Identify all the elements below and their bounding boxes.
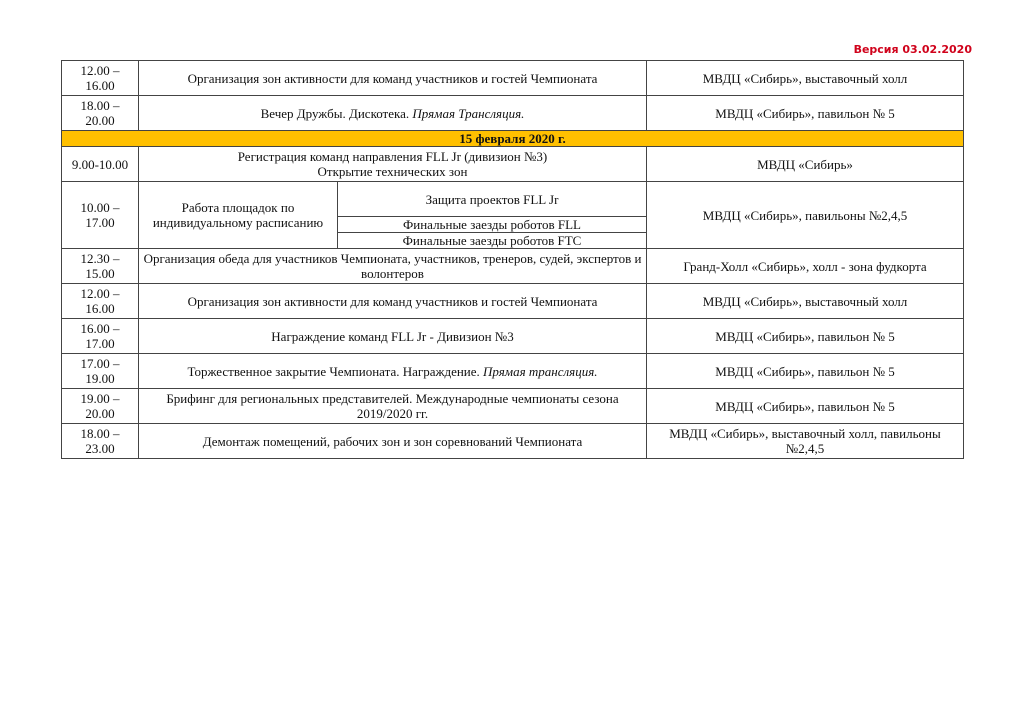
- event-cell: Награждение команд FLL Jr - Дивизион №3: [139, 319, 647, 354]
- event-line: Регистрация команд направления FLL Jr (д…: [143, 149, 642, 164]
- event-text: Вечер Дружбы. Дискотека.: [261, 106, 410, 121]
- time-cell: 9.00-10.00: [62, 147, 139, 182]
- table-row: 9.00-10.00 Регистрация команд направлени…: [62, 147, 964, 182]
- place-cell: МВДЦ «Сибирь», павильон № 5: [647, 319, 964, 354]
- table-row: 12.00 – 16.00 Организация зон активности…: [62, 61, 964, 96]
- venues-label: Работа площадок по индивидуальному распи…: [139, 182, 338, 249]
- place-cell: МВДЦ «Сибирь», павильоны №2,4,5: [647, 182, 964, 249]
- broadcast-note: Прямая Трансляция.: [412, 106, 524, 121]
- time-cell: 12.30 – 15.00: [62, 249, 139, 284]
- table-row: 17.00 – 19.00 Торжественное закрытие Чем…: [62, 354, 964, 389]
- time-cell: 16.00 – 17.00: [62, 319, 139, 354]
- place-cell: МВДЦ «Сибирь»: [647, 147, 964, 182]
- venue-item: Финальные заезды роботов FLL: [338, 217, 647, 233]
- place-cell: МВДЦ «Сибирь», выставочный холл: [647, 61, 964, 96]
- place-cell: МВДЦ «Сибирь», павильон № 5: [647, 354, 964, 389]
- place-cell: Гранд-Холл «Сибирь», холл - зона фудкорт…: [647, 249, 964, 284]
- place-cell: МВДЦ «Сибирь», павильон № 5: [647, 389, 964, 424]
- place-cell: МВДЦ «Сибирь», выставочный холл: [647, 284, 964, 319]
- event-cell: Организация обеда для участников Чемпион…: [139, 249, 647, 284]
- venue-item: Защита проектов FLL Jr: [338, 182, 647, 217]
- time-cell: 18.00 – 20.00: [62, 96, 139, 131]
- time-cell: 17.00 – 19.00: [62, 354, 139, 389]
- event-cell: Вечер Дружбы. Дискотека. Прямая Трансляц…: [139, 96, 647, 131]
- event-cell: Организация зон активности для команд уч…: [139, 61, 647, 96]
- table-row: 19.00 – 20.00 Брифинг для региональных п…: [62, 389, 964, 424]
- table-row: 18.00 – 23.00 Демонтаж помещений, рабочи…: [62, 424, 964, 459]
- table-row: 12.00 – 16.00 Организация зон активности…: [62, 284, 964, 319]
- event-cell: Демонтаж помещений, рабочих зон и зон со…: [139, 424, 647, 459]
- place-cell: МВДЦ «Сибирь», павильон № 5: [647, 96, 964, 131]
- version-label: Версия 03.02.2020: [840, 43, 972, 56]
- time-cell: 19.00 – 20.00: [62, 389, 139, 424]
- venue-item: Финальные заезды роботов FTC: [338, 233, 647, 249]
- event-cell: Организация зон активности для команд уч…: [139, 284, 647, 319]
- event-cell: Брифинг для региональных представителей.…: [139, 389, 647, 424]
- time-cell: 10.00 – 17.00: [62, 182, 139, 249]
- date-header: 15 февраля 2020 г.: [62, 131, 964, 147]
- schedule-table: 12.00 – 16.00 Организация зон активности…: [61, 60, 964, 459]
- broadcast-note: Прямая трансляция.: [483, 364, 597, 379]
- time-cell: 12.00 – 16.00: [62, 284, 139, 319]
- place-cell: МВДЦ «Сибирь», выставочный холл, павильо…: [647, 424, 964, 459]
- table-row: 18.00 – 20.00 Вечер Дружбы. Дискотека. П…: [62, 96, 964, 131]
- event-cell: Торжественное закрытие Чемпионата. Награ…: [139, 354, 647, 389]
- table-row: 16.00 – 17.00 Награждение команд FLL Jr …: [62, 319, 964, 354]
- event-text: Торжественное закрытие Чемпионата. Награ…: [188, 364, 480, 379]
- date-header-row: 15 февраля 2020 г.: [62, 131, 964, 147]
- time-cell: 18.00 – 23.00: [62, 424, 139, 459]
- event-line: Открытие технических зон: [143, 164, 642, 179]
- time-cell: 12.00 – 16.00: [62, 61, 139, 96]
- event-cell: Регистрация команд направления FLL Jr (д…: [139, 147, 647, 182]
- table-row: 12.30 – 15.00 Организация обеда для учас…: [62, 249, 964, 284]
- table-row: 10.00 – 17.00 Работа площадок по индивид…: [62, 182, 964, 217]
